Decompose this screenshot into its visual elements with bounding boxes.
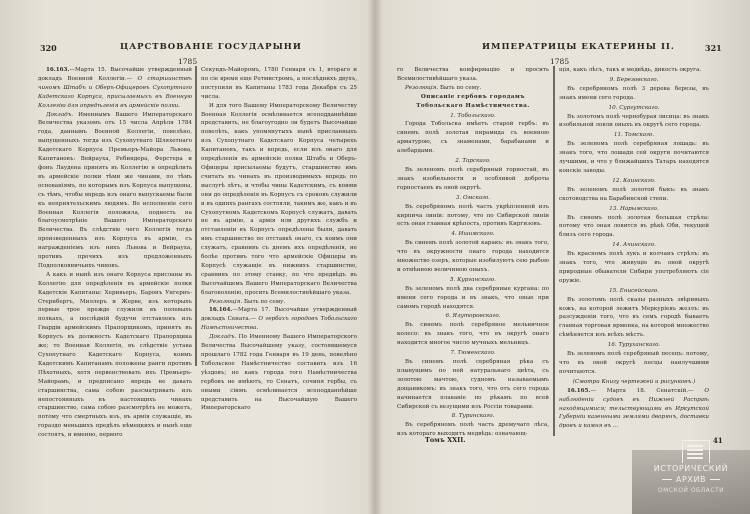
column-rule xyxy=(553,66,555,436)
paragraph-text: Въ зеленомъ полѣ серебряный песецъ: пото… xyxy=(559,351,709,375)
paragraph: Въ золотомъ полѣ чернобурая лисица: въ з… xyxy=(559,113,709,131)
section-heading: 2. Тарскаго. xyxy=(397,157,549,166)
entry-number: 16.164. xyxy=(209,307,232,313)
section-heading: 4. Ишимскаго. xyxy=(397,230,549,239)
right-page: ИМПЕРАТРИЦЫ ЕКАТЕРИНЫ II. 321 1785 го Ве… xyxy=(375,0,750,514)
paragraph: Въ зеленомъ полѣ золотой быкъ: въ знакъ … xyxy=(559,186,709,204)
section-heading: 7. Тюменскаго. xyxy=(397,349,549,358)
left-column-1: 16.163.—Марта 15. Высочайше утвержденный… xyxy=(38,66,192,440)
paragraph: Въ серебряномъ полѣ часть укрѣпленной из… xyxy=(397,203,549,230)
section-heading: 5. Курганскаго. xyxy=(397,276,549,285)
law-entry: 16.165.— Марта 18. Сенатскій.— О наблюде… xyxy=(559,387,709,432)
paragraph-text: Въ золотомъ полѣ чернобурая лисица: въ з… xyxy=(559,114,709,129)
law-entry: 16.164.—Марта 17. Высочайше утвержденный… xyxy=(201,306,357,333)
resolution-label: Резолюція. xyxy=(209,299,242,305)
section-heading: 11. Томскаго. xyxy=(559,131,709,140)
paragraph: го Величества конфирмацію и просить Всем… xyxy=(397,66,549,84)
paragraph: Докладъ. По Именному Вашего Императорско… xyxy=(201,333,357,413)
resolution-text: Быть по сему. xyxy=(244,299,285,305)
paragraph-text: Въ серебряномъ полѣ часть дремучаго лѣса… xyxy=(397,422,549,437)
paragraph-lead: Докладъ. xyxy=(209,334,236,340)
paragraph: Въ красномъ полѣ лукъ и колчанъ стрѣлъ: … xyxy=(559,250,709,286)
paragraph: А какъ и нынѣ изъ онаго Корпуса присланы… xyxy=(38,271,192,440)
section-heading: 12. Каинскаго. xyxy=(559,177,709,186)
paragraph: Въ зеленомъ полѣ два серебряные кургана:… xyxy=(397,285,549,312)
column-rule xyxy=(195,66,197,366)
cross-reference-note: (Смотри Книгу чертежей и рисунковъ.) xyxy=(559,378,709,387)
paragraph-lead: Докладъ. xyxy=(46,112,73,118)
volume-label: Томъ XXII. xyxy=(425,436,466,444)
paragraph-text: Въ красномъ полѣ лукъ и колчанъ стрѣлъ: … xyxy=(559,251,709,284)
paragraph-text: Въ зеленомъ полѣ серебряный горностай, в… xyxy=(397,167,549,191)
entry-date: — Марта 18. Сенатскій.— xyxy=(590,388,693,394)
archive-watermark: ИСТОРИЧЕСКИЙ АРХИВ ОМСКОЙ ОБЛАСТИ xyxy=(632,450,750,514)
section-heading: 6. Ялуторовскаго. xyxy=(397,312,549,321)
paragraph-text: Въ золотомъ полѣ скалы разныхъ звѣриныхъ… xyxy=(559,297,709,339)
paragraph: щія, какъ лѣсъ, такъ и медвѣдь, дикость … xyxy=(559,66,709,75)
paragraph-text: Города Тобольска имѣетъ старой гербъ: въ… xyxy=(397,121,549,154)
paragraph-text: И для того Вашему Императорскому Величес… xyxy=(201,103,357,296)
section-heading: 14. Ачинскаго. xyxy=(559,241,709,250)
running-head: ЦАРСТВОВАНІЕ ГОСУДАРЫНИ xyxy=(120,42,302,52)
section-title: Описаніе гербовъ городамъ Тобольскаго На… xyxy=(397,93,549,111)
paragraph-text: Въ синемъ полѣ золотая большая стрѣла: п… xyxy=(559,215,709,239)
paragraph-text: Въ серебряномъ полѣ 3 дерева березы, въ … xyxy=(559,86,709,101)
watermark-line-1: ИСТОРИЧЕСКИЙ xyxy=(632,464,750,473)
paragraph: Въ зеленомъ полѣ серебряная лошадь: въ з… xyxy=(559,140,709,176)
paragraph: Въ серебряномъ полѣ часть дремучаго лѣса… xyxy=(397,421,549,439)
section-heading: 1. Тобольскаго. xyxy=(397,112,549,121)
watermark-line-2-text: АРХИВ xyxy=(676,475,706,484)
entry-number: 16.163. xyxy=(46,67,69,73)
paragraph: Въ золотомъ полѣ скалы разныхъ звѣриныхъ… xyxy=(559,296,709,341)
section-heading: 9. Березовскаго. xyxy=(559,76,709,85)
paragraph: Докладъ. Именнымъ Вашего Императорскаго … xyxy=(38,111,192,271)
paragraph-text: А какъ и нынѣ изъ онаго Корпуса присланы… xyxy=(38,272,192,438)
section-heading: 16. Туруханскаго. xyxy=(559,341,709,350)
resolution: Резолюція. Быть по сему. xyxy=(397,84,549,93)
section-heading: 3. Омскаго. xyxy=(397,194,549,203)
page-number: 320 xyxy=(40,43,57,53)
signature-mark: 41 xyxy=(713,436,723,445)
resolution-label: Резолюція. xyxy=(405,85,438,91)
paragraph: Въ серебряномъ полѣ 3 дерева березы, въ … xyxy=(559,85,709,103)
paragraph: Секундъ-Майоромъ, 1780 Генваря съ 1, вто… xyxy=(201,66,357,102)
paragraph-text: Въ синемъ полѣ серебряное мельничное кол… xyxy=(397,322,549,346)
left-page: 320 ЦАРСТВОВАНІЕ ГОСУДАРЫНИ 1785 16.163.… xyxy=(0,0,375,514)
paragraph: Города Тобольска имѣетъ старой гербъ: въ… xyxy=(397,120,549,156)
year-heading: 1785 xyxy=(550,57,569,66)
resolution: Резолюція. Быть по сему. xyxy=(201,298,357,307)
paragraph: Въ зеленомъ полѣ серебряный горностай, в… xyxy=(397,166,549,193)
section-heading: 10. Сургутскаго. xyxy=(559,104,709,113)
year-heading: 1785 xyxy=(178,57,197,66)
entry-number: 16.165. xyxy=(567,388,590,394)
paragraph: Въ синемъ полѣ серебряная рѣка съ плывущ… xyxy=(397,358,549,411)
section-heading: 15. Енисейскаго. xyxy=(559,287,709,296)
right-column-1: го Величества конфирмацію и просить Всем… xyxy=(397,66,549,439)
watermark-line-2: АРХИВ xyxy=(632,475,750,484)
paragraph: Въ зеленомъ полѣ серебряный песецъ: пото… xyxy=(559,350,709,377)
paragraph-text: По Именному Вашего Императорского Величе… xyxy=(201,334,357,411)
paragraph-text: Въ зеленомъ полѣ два серебряные кургана:… xyxy=(397,286,549,310)
paragraph: Въ синемъ полѣ серебряное мельничное кол… xyxy=(397,321,549,348)
paragraph-text: Въ синемъ полѣ золотой каракъ: въ знакъ … xyxy=(397,240,549,273)
paragraph: Въ синемъ полѣ золотой каракъ: въ знакъ … xyxy=(397,239,549,275)
paragraph-text: Въ зеленомъ полѣ золотой быкъ: въ знакъ … xyxy=(559,187,709,202)
watermark-line-3: ОМСКОЙ ОБЛАСТИ xyxy=(632,487,750,494)
archive-cabinet-icon xyxy=(682,440,710,463)
book-spread: 320 ЦАРСТВОВАНІЕ ГОСУДАРЫНИ 1785 16.163.… xyxy=(0,0,750,514)
paragraph-text: Именнымъ Вашего Императорскаго Величеств… xyxy=(38,112,192,269)
paragraph: Въ синемъ полѣ золотая большая стрѣла: п… xyxy=(559,214,709,241)
page-number: 321 xyxy=(705,43,722,53)
running-head: ИМПЕРАТРИЦЫ ЕКАТЕРИНЫ II. xyxy=(482,42,675,52)
right-column-2: щія, какъ лѣсъ, такъ и медвѣдь, дикость … xyxy=(559,66,709,431)
resolution-text: Быть по сему. xyxy=(440,85,481,91)
section-heading: 13. Нарымскаго. xyxy=(559,205,709,214)
paragraph: И для того Вашему Императорскому Величес… xyxy=(201,102,357,298)
paragraph-text: Въ синемъ полѣ серебряная рѣка съ плывущ… xyxy=(397,359,549,410)
law-entry: 16.163.—Марта 15. Высочайше утвержденный… xyxy=(38,66,192,111)
paragraph-text: Въ зеленомъ полѣ серебряная лошадь: въ з… xyxy=(559,141,709,174)
section-heading: 8. Туринскаго. xyxy=(397,412,549,421)
paragraph-text: Въ серебряномъ полѣ часть укрѣпленной из… xyxy=(397,204,549,228)
left-column-2: Секундъ-Майоромъ, 1780 Генваря съ 1, вто… xyxy=(201,66,357,413)
